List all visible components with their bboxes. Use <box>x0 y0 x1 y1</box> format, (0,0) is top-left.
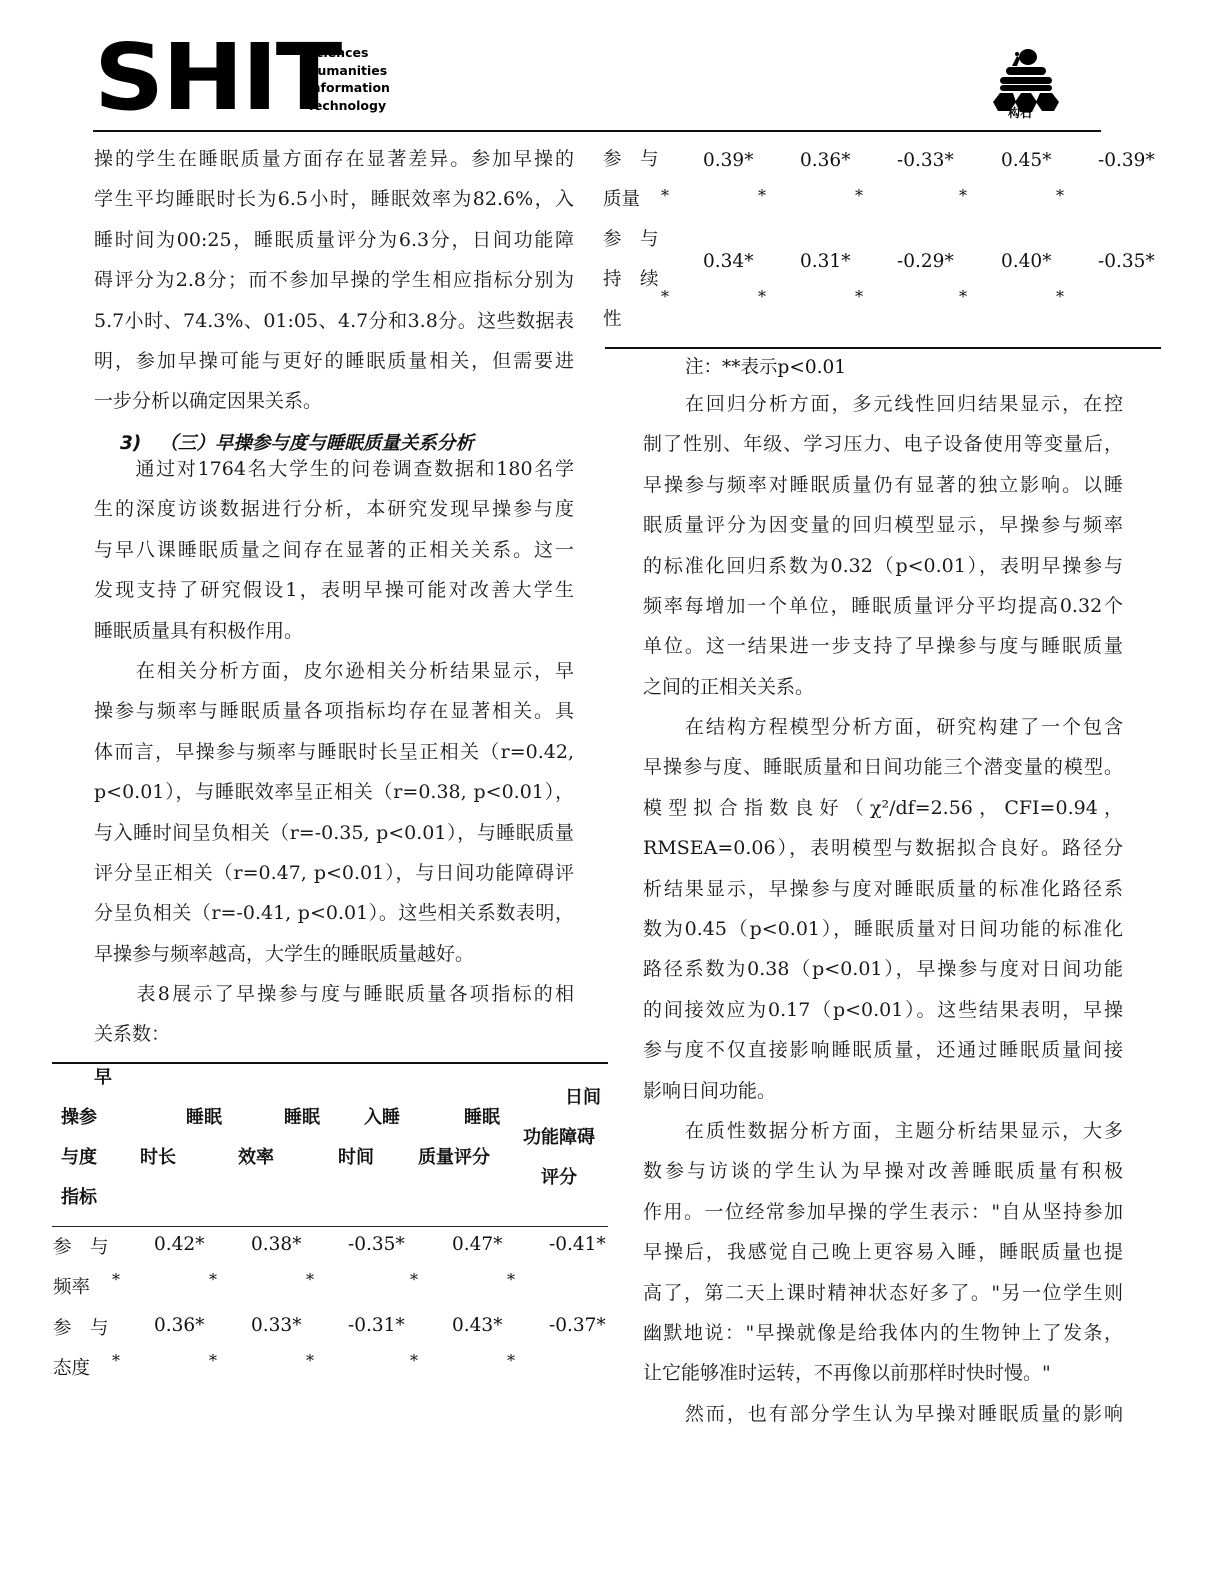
overflow-star: * <box>1056 287 1064 306</box>
text-line: 模型拟合指数良好（χ²/df=2.56，CFI=0.94， <box>643 788 1123 828</box>
text-line: 频率每增加一个单位，睡眠质量评分平均提高0.32个 <box>643 586 1123 626</box>
table-note: 注：**表示p<0.01 <box>685 353 846 379</box>
text-line: 作用。一位经常参加早操的学生表示："自从坚持参加 <box>643 1192 1123 1232</box>
text-line: 学生平均睡眠时长为6.5小时，睡眠效率为82.6%，入 <box>94 179 574 219</box>
text-line: 生的深度访谈数据进行分析，本研究发现早操参与度 <box>94 489 574 529</box>
text-line: 表8展示了早操参与度与睡眠质量各项指标的相 <box>94 974 574 1014</box>
table-header-indicator-cont: 操参 与度 指标 <box>61 1098 97 1218</box>
overflow-star: * <box>410 1270 418 1289</box>
table-header-sleep-onset: 入睡 <box>338 1098 400 1138</box>
table-header-indicator: 早 <box>94 1058 112 1098</box>
text-line: 让它能够准时运转，不再像以前那样时快时慢。" <box>643 1353 1123 1393</box>
cell-value: -0.35* <box>348 1234 405 1255</box>
overflow-star: * <box>306 1270 314 1289</box>
subtitle-line: Technology <box>307 97 390 115</box>
subtitle-line: Sciences <box>307 44 390 62</box>
overflow-star: * <box>306 1351 314 1370</box>
row-label: 参 与 频率 <box>53 1228 109 1308</box>
text-line: 制了性别、年级、学习压力、电子设备使用等变量后， <box>643 424 1123 464</box>
text-line: 睡眠质量具有积极作用。 <box>94 611 574 651</box>
paragraph-table-intro: 表8展示了早操参与度与睡眠质量各项指标的相 关系数： <box>94 974 574 1055</box>
text-line: 在结构方程模型分析方面，研究构建了一个包含 <box>643 707 1123 747</box>
text-line: 眠质量评分为因变量的回归模型显示，早操参与频率 <box>643 505 1123 545</box>
overflow-star: * <box>507 1270 515 1289</box>
text-line: 一步分析以确定因果关系。 <box>94 381 574 421</box>
text-line: 在回归分析方面，多元线性回归结果显示，在控 <box>643 384 1123 424</box>
journal-logo: SHIT <box>94 36 340 120</box>
text-line: 数参与访谈的学生认为早操对改善睡眠质量有积极 <box>643 1151 1123 1191</box>
cell-value: -0.31* <box>348 1315 405 1336</box>
subtitle-line: Information <box>307 79 390 97</box>
text-line: 操参与频率与睡眠质量各项指标均存在显著相关。具 <box>94 691 574 731</box>
text-line: 高了，第二天上课时精神状态好多了。"另一位学生则 <box>643 1273 1123 1313</box>
row-label: 参 与 持 续 性 <box>603 220 659 340</box>
table-header-daytime-dysfunction: 日间 功能障碍 评分 <box>517 1078 601 1198</box>
overflow-star: * <box>661 287 669 306</box>
text-line: 5.7小时、74.3%、01:05、4.7分和3.8分。这些数据表 <box>94 301 574 341</box>
text-line: 睡时间为00:25，睡眠质量评分为6.3分，日间功能障 <box>94 220 574 260</box>
table-header-sleep-efficiency-cont: 效率 <box>238 1138 274 1178</box>
text-line: 与入睡时间呈负相关（r=-0.35, p<0.01），与睡眠质量 <box>94 813 574 853</box>
table-header-sleep-duration-cont: 时长 <box>140 1138 176 1178</box>
paragraph-sleep-differences: 操的学生在睡眠质量方面存在显著差异。参加早操的 学生平均睡眠时长为6.5小时，睡… <box>94 139 574 422</box>
table-header-sleep-quality-score: 睡眠 <box>418 1098 500 1138</box>
text-line: 发现支持了研究假设1，表明早操可能对改善大学生 <box>94 570 574 610</box>
text-line: 的标准化回归系数为0.32（p<0.01），表明早操参与 <box>643 546 1123 586</box>
cell-value: 0.39* <box>703 150 753 171</box>
text-line: 的间接效应为0.17（p<0.01）。这些结果表明，早操 <box>643 990 1123 1030</box>
table-header-sleep-efficiency: 睡眠 <box>238 1098 320 1138</box>
cell-value: 0.31* <box>800 251 850 272</box>
paragraph-sem-analysis: 在结构方程模型分析方面，研究构建了一个包含 早操参与度、睡眠质量和日间功能三个潜… <box>643 707 1123 1111</box>
text-line: 碍评分为2.8分；而不参加早操的学生相应指标分别为 <box>94 260 574 300</box>
overflow-star: * <box>209 1270 217 1289</box>
paragraph-qualitative-analysis: 在质性数据分析方面，主题分析结果显示，大多 数参与访谈的学生认为早操对改善睡眠质… <box>643 1111 1123 1394</box>
cell-value: -0.39* <box>1098 150 1155 171</box>
text-line: 单位。这一结果进一步支持了早操参与度与睡眠质量 <box>643 626 1123 666</box>
text-line: 路径系数为0.38（p<0.01），早操参与度对日间功能 <box>643 949 1123 989</box>
overflow-star: * <box>758 287 766 306</box>
overflow-star: * <box>112 1351 120 1370</box>
cell-value: 0.33* <box>251 1315 301 1336</box>
text-line: 操的学生在睡眠质量方面存在显著差异。参加早操的 <box>94 139 574 179</box>
paragraph-regression-analysis: 在回归分析方面，多元线性回归结果显示，在控 制了性别、年级、学习压力、电子设备使… <box>643 384 1123 707</box>
paragraph-survey-overview: 通过对1764名大学生的问卷调查数据和180名学 生的深度访谈数据进行分析，本研… <box>94 449 574 651</box>
table-header-rule <box>52 1226 608 1227</box>
stone-logo-label: 构石 <box>1008 104 1032 121</box>
text-line: 然而，也有部分学生认为早操对睡眠质量的影响 <box>643 1394 1123 1434</box>
cell-value: -0.35* <box>1098 251 1155 272</box>
cell-value: 0.34* <box>703 251 753 272</box>
text-line: RMSEA=0.06），表明模型与数据拟合良好。路径分 <box>643 828 1123 868</box>
cell-value: 0.47* <box>452 1234 502 1255</box>
overflow-star: * <box>758 186 766 205</box>
overflow-star: * <box>959 186 967 205</box>
table-header-sleep-onset-cont: 时间 <box>338 1138 374 1178</box>
text-line: 影响日间功能。 <box>643 1071 1123 1111</box>
text-line: 分呈负相关（r=-0.41, p<0.01）。这些相关系数表明， <box>94 893 574 933</box>
text-line: 早操参与频率越高，大学生的睡眠质量越好。 <box>94 934 574 974</box>
paragraph-correlation-analysis: 在相关分析方面，皮尔逊相关分析结果显示，早 操参与频率与睡眠质量各项指标均存在显… <box>94 651 574 974</box>
overflow-star: * <box>855 186 863 205</box>
text-line: 幽默地说："早操就像是给我体内的生物钟上了发条， <box>643 1313 1123 1353</box>
cell-value: -0.37* <box>549 1315 606 1336</box>
text-line: 之间的正相关关系。 <box>643 667 1123 707</box>
text-line: 评分呈正相关（r=0.47, p<0.01），与日间功能障碍评 <box>94 853 574 893</box>
text-line: 在相关分析方面，皮尔逊相关分析结果显示，早 <box>94 651 574 691</box>
text-line: 体而言，早操参与频率与睡眠时长呈正相关（r=0.42, <box>94 732 574 772</box>
paragraph-counterpoint: 然而，也有部分学生认为早操对睡眠质量的影响 <box>643 1394 1123 1434</box>
text-line: 参与度不仅直接影响睡眠质量，还通过睡眠质量间接 <box>643 1030 1123 1070</box>
table-bottom-rule <box>605 347 1161 349</box>
cell-value: 0.36* <box>800 150 850 171</box>
cell-value: 0.38* <box>251 1234 301 1255</box>
table-top-rule <box>52 1062 608 1064</box>
overflow-star: * <box>1056 186 1064 205</box>
overflow-star: * <box>959 287 967 306</box>
overflow-star: * <box>855 287 863 306</box>
row-label: 参 与 态度 <box>53 1309 109 1389</box>
overflow-star: * <box>410 1351 418 1370</box>
text-line: 在质性数据分析方面，主题分析结果显示，大多 <box>643 1111 1123 1151</box>
cell-value: 0.45* <box>1001 150 1051 171</box>
row-label: 参 与 质量 <box>603 140 659 220</box>
text-line: 析结果显示，早操参与度对睡眠质量的标准化路径系 <box>643 869 1123 909</box>
cell-value: -0.29* <box>897 251 954 272</box>
overflow-star: * <box>112 1270 120 1289</box>
text-line: 早操参与度、睡眠质量和日间功能三个潜变量的模型。 <box>643 747 1123 787</box>
text-line: p<0.01），与睡眠效率呈正相关（r=0.38, p<0.01）， <box>94 772 574 812</box>
text-line: 通过对1764名大学生的问卷调查数据和180名学 <box>94 449 574 489</box>
cell-value: 0.40* <box>1001 251 1051 272</box>
text-line: 明，参加早操可能与更好的睡眠质量相关，但需要进 <box>94 341 574 381</box>
text-line: 与早八课睡眠质量之间存在显著的正相关关系。这一 <box>94 530 574 570</box>
cell-value: -0.33* <box>897 150 954 171</box>
cell-value: 0.43* <box>452 1315 502 1336</box>
table-header-sleep-duration: 睡眠 <box>140 1098 222 1138</box>
cell-value: 0.42* <box>154 1234 204 1255</box>
cell-value: 0.36* <box>154 1315 204 1336</box>
overflow-star: * <box>507 1351 515 1370</box>
text-line: 关系数： <box>94 1014 574 1054</box>
header-divider <box>93 130 1101 132</box>
subtitle-line: Humanities <box>307 62 390 80</box>
journal-logo-subtitle: Sciences Humanities Information Technolo… <box>307 44 390 114</box>
text-line: 早操后，我感觉自己晚上更容易入睡，睡眠质量也提 <box>643 1232 1123 1272</box>
overflow-star: * <box>209 1351 217 1370</box>
cell-value: -0.41* <box>549 1234 606 1255</box>
table-header-sleep-quality-score-cont: 质量评分 <box>418 1138 490 1178</box>
text-line: 数为0.45（p<0.01），睡眠质量对日间功能的标准化 <box>643 909 1123 949</box>
text-line: 早操参与频率对睡眠质量仍有显著的独立影响。以睡 <box>643 465 1123 505</box>
overflow-star: * <box>661 186 669 205</box>
